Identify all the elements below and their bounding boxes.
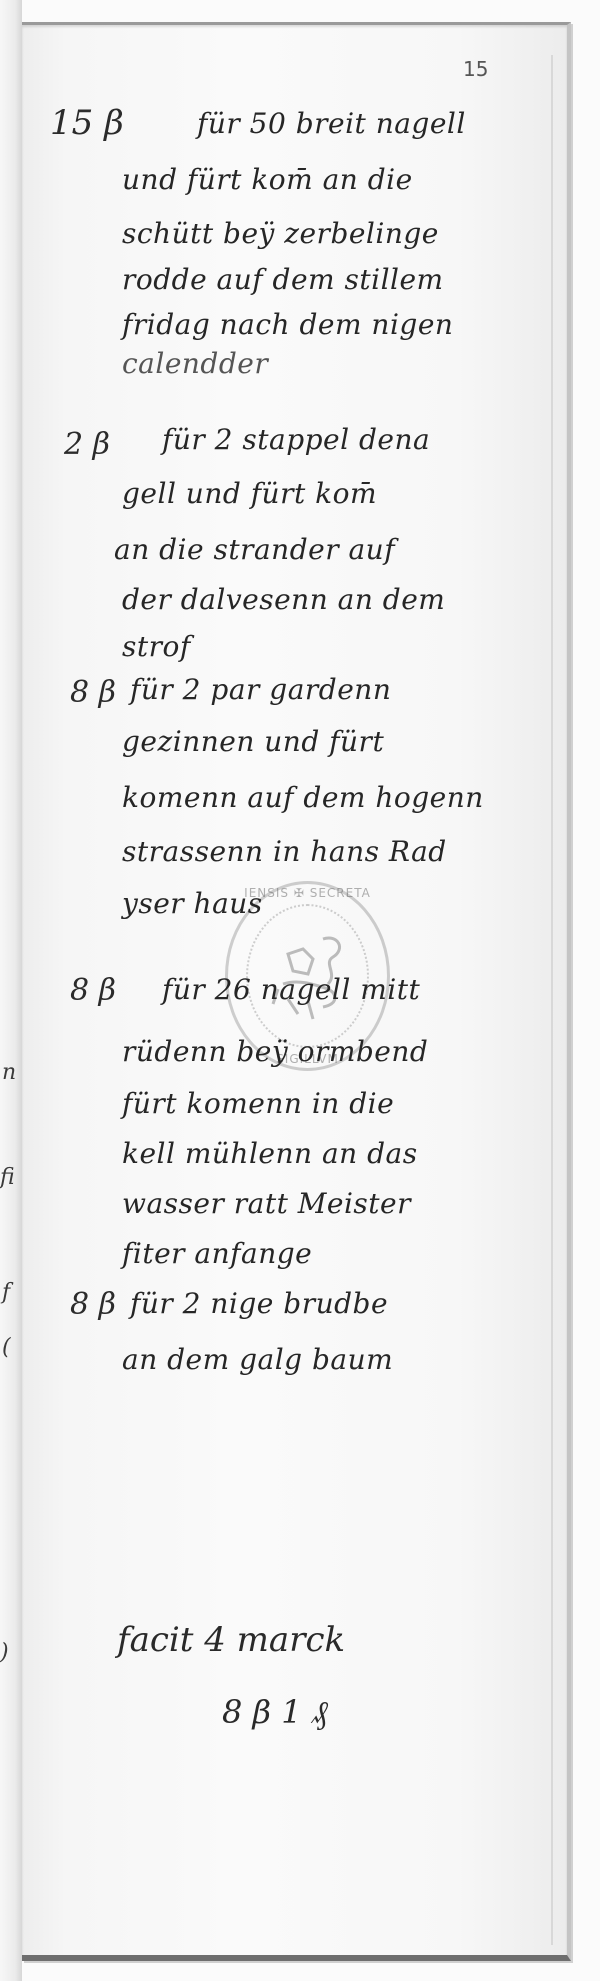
entry-line: an dem galg baum	[122, 1343, 393, 1376]
adjacent-page-margin: n fi f ( )	[0, 0, 22, 1981]
bleed-text: f	[2, 1280, 10, 1305]
entry-line: strassenn in hans Rad	[122, 835, 447, 868]
entry-line: wasser ratt Meister	[122, 1187, 411, 1220]
entry-amount: 8 β	[70, 1287, 116, 1322]
entry-line: gezinnen und fürt	[122, 725, 384, 758]
entry-line: rodde auf dem stillem	[122, 263, 444, 296]
manuscript-page: 15 IENSIS ✠ SECRETA SIGILLVM 15 β für 50…	[22, 22, 571, 1961]
entry-amount: 8 β	[70, 675, 116, 710]
entry-line: calendder	[122, 347, 268, 380]
entry-amount: 8 β	[70, 973, 116, 1008]
entry-line: für 2 stappel dena	[162, 423, 430, 456]
entry-amount: 15 β	[50, 103, 124, 143]
entry-line: rüdenn beÿ ormbend	[122, 1035, 428, 1068]
entry-line: yser haus	[122, 887, 263, 920]
entry-line: und fürt kom̄ an die	[122, 163, 413, 196]
entry-line: fiter anfange	[122, 1237, 312, 1270]
page-number: 15	[463, 57, 488, 81]
total-label: facit 4 marck	[117, 1620, 345, 1660]
entry-line: für 2 nige brudbe	[130, 1287, 388, 1320]
entry-line: komenn auf dem hogenn	[122, 781, 484, 814]
entry-line: für 50 breit nagell	[197, 107, 466, 140]
entry-line: der dalvesenn an dem	[122, 583, 445, 616]
bleed-text: fi	[0, 1165, 15, 1190]
entry-amount: 2 β	[64, 427, 110, 462]
bleed-text: (	[2, 1335, 11, 1360]
bleed-text: )	[0, 1640, 9, 1665]
entry-line: für 26 nagell mitt	[162, 973, 420, 1006]
entry-line: fürt komenn in die	[122, 1087, 394, 1120]
entry-line: fridag nach dem nigen	[122, 308, 453, 341]
entry-line: kell mühlenn an das	[122, 1137, 418, 1170]
entry-line: strof	[122, 630, 191, 663]
entry-line: für 2 par gardenn	[130, 673, 391, 706]
bleed-text: n	[2, 1060, 16, 1085]
entry-line: gell und fürt kom̄	[122, 477, 377, 510]
total-subamount: 8 β 1 ₰	[222, 1693, 328, 1731]
entry-line: schütt beÿ zerbelinge	[122, 217, 439, 250]
entry-line: an die strander auf	[114, 533, 395, 566]
